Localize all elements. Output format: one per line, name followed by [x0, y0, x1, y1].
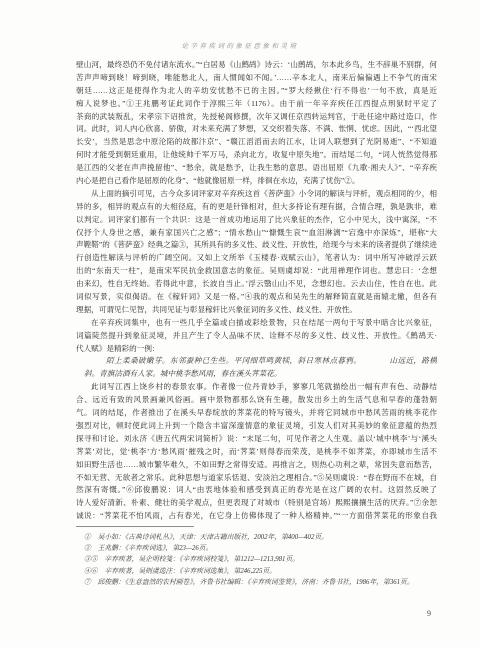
page-background: { "header": { "title": "论辛弃疾词的象征意象和灵境" }…	[0, 0, 480, 647]
text-line: 诚说：“荠菜花不怕风雨，占有春光，在它身上仿佛体现了一种人格精神。”“一方面借荠…	[76, 510, 437, 523]
text-line: 壁山河，最终恐仍不免付诸东流水。”“白居易《山鹧鸪》诗云：‘山鹧鸪，尔本此乡鸟，…	[76, 59, 437, 72]
text-line: 不如无营、无欲者之常乐。此种思想与道家乐恬退、安淡泊之理相合。”⑤吴则虞说：“春…	[76, 472, 437, 485]
footnote-line: ④⑥ 辛弃疾著，吴则虞选注：《辛弃疾词选集》，第246,225页。	[76, 566, 440, 577]
text-line: 出的“东南天一柱”，是南宋军民抗金救国意志的象征。吴则虞却说：“此用禅理作词也。…	[76, 265, 437, 278]
text-line: 理据，可谓见仁见智，共同见证与彰显稼轩比兴象征词的多义性、歧义性、开放性。	[76, 304, 437, 317]
text-line: 荠菜’对比，觉‘桃李’方‘愁风雨’摧残之时，而‘荠菜’则得春而荣茂，是桃李不如荠…	[76, 446, 437, 459]
footnote-line: ⑦ 邱俊鹏：《生意盎然的农村画卷》，齐鲁书社编辑：《辛弃疾词鉴赏》，济南：齐鲁书…	[76, 577, 440, 588]
text-line: 以判定。词评家们都有一个共识：这是一首成功地运用了比兴象征的杰作，它小中见大，浅…	[76, 214, 437, 227]
text-line: 内心是把自己看作是屈原的化身”、“他就像屈原一样，徘徊在水边，充满了忧伤”②。	[76, 175, 437, 188]
poem-block: 陌上柔桑破嫩芽。东邻蚕种已生些。平冈细草鸣黄犊，斜日寒林点暮鸦。 山远近，路横斜…	[76, 355, 437, 381]
footnote-line: ② 王兆鹏：《辛弃疾词选》，第23—26页。	[76, 543, 440, 554]
paragraph: 壁山河，最终恐仍不免付诸东流水。”“白居易《山鹧鸪》诗云：‘山鹧鸪，尔本此乡鸟，…	[76, 59, 437, 188]
text-line: 在辛弃疾词集中，也有一些几乎全篇或白描或彩绘景物，只在结尾一两句于写景中暗含比兴…	[76, 317, 437, 330]
text-line: 词似写景，实似偈语。在《稼轩词》又是一格。”④我的观点和吴先生的解释简直就是南辕…	[76, 291, 437, 304]
text-line: 仅抒个人身世之感，兼有家国兴亡之感”；“情水愁山”“慷慨生哀”“血泪淋漓”“宕逸…	[76, 227, 437, 240]
text-line: 由来幻，性自无终始。若得此中意，长波自当止。’浮云翳山山不见，念想幻也。云去山住…	[76, 278, 437, 291]
text-line: 痴人说梦也。”①王兆鹏考证此词作于淳熙三年（1176）。由于前一年辛弃疾任江西提…	[76, 98, 437, 111]
text-line: 此词写江西上饶乡村的春景农事。作者像一位丹青妙手，寥寥几笔就描绘出一幅有声有色、…	[76, 381, 437, 394]
scanned-page: 论辛弃疾词的象征意象和灵境 壁山河，最终恐仍不免付诸东流水。”“白居易《山鹧鸪》…	[0, 0, 480, 647]
text-line: 苦声声啼到晓！啼到晓，唯能愁北人，南人惯闻如不闻。’……辛本北人，南来后偏偏遇上…	[76, 72, 437, 85]
text-line: 是江西的父老在声声挽留他”、“愁余，就是愁予，让我生愁的意思。语出屈原《九歌·湘…	[76, 162, 437, 175]
text-line: 异的多，相异的观点有的大相径庭，有的更是针锋相对，但大多持论有理有据，合情合理，…	[76, 201, 437, 214]
text-line: 词。此时，词人内心欣喜、骄傲，对未来充满了梦想，又交织着失落、不满、怅惘、忧虑。…	[76, 123, 437, 136]
page-number: 9	[427, 609, 431, 618]
text-line: 诗人爱好清新、朴素、健壮的美学观点，但更表现了对城市（特别是官场）熙熙攘攘生活的…	[76, 497, 437, 510]
poem-line: 斜。青旗沽酒有人家。城中桃李愁风雨，春在溪头荠菜花。	[76, 368, 437, 381]
footnotes: ① 吴小如：《古典诗词札丛》，天津：天津古籍出版社，2002年，第400—402…	[76, 532, 440, 588]
text-line: 朝廷……这正是使得作为北人的辛幼安忧愁不已的主因。”“罗大经揪住‘行不得也’一句…	[76, 85, 437, 98]
text-line: 茶商的武装叛乱，宋孝宗下诏推赏，先授秘阁修撰，次年又调任京西转运判官，于赴任途中…	[76, 111, 437, 124]
footnote-separator	[76, 526, 194, 527]
footnote-line: ③⑤ 辛弃疾著，吴企明校笺：《辛弃疾词校笺》，第1212—1213,981页。	[76, 554, 440, 565]
text-line: 代人赋》是精彩的一例：	[76, 343, 437, 356]
running-header: 论辛弃疾词的象征意象和灵境	[0, 41, 480, 50]
text-line: 词篇陡然提升到象征灵境，并且产生了令人品味不厌、诠释不尽的多义性、歧义性、开放性…	[76, 330, 437, 343]
text-line: 从上面的摘引可见，古今众多词评家对辛弃疾这首《菩萨蛮》小令词的解读与评析，观点相…	[76, 188, 437, 201]
text-line: 然深有寄慨。”⑥邱俊鹏说：词人“由衷地体验和感受到真正的春光是在这广阔的农村。这…	[76, 484, 437, 497]
text-line: 如田野生活也……城市繁华难久，不如田野之常得安适。再推言之，则热心功利之辈，常因…	[76, 459, 437, 472]
poem-line: 陌上柔桑破嫩芽。东邻蚕种已生些。平冈细草鸣黄犊，斜日寒林点暮鸦。 山远近，路横	[76, 355, 437, 368]
paragraph: 从上面的摘引可见，古今众多词评家对辛弃疾这首《菩萨蛮》小令词的解读与评析，观点相…	[76, 188, 437, 317]
text-line: 强烈对比，顿时使此词上升到一个隐含丰富深邃情意的象征灵境，引发人们对其美妙的象征…	[76, 420, 437, 433]
paragraph: 在辛弃疾词集中，也有一些几乎全篇或白描或彩绘景物，只在结尾一两句于写景中暗含比兴…	[76, 317, 437, 356]
text-line: 行创造性解读与评析的广阔空间。又如上文所举《玉楼春·戏赋云山》，笔者认为：词中所…	[76, 252, 437, 265]
text-line: 探寻和讨论。刘永济《唐五代两宋词简析》说：“末尾二句，可见作者之人生观。盖以‘城…	[76, 433, 437, 446]
text-line: 何时才能受到朝廷重用，让他统帅千军万马，杀向北方，收复中原失地”。而结尾二句，“…	[76, 149, 437, 162]
footnote-line: ① 吴小如：《古典诗词札丛》，天津：天津古籍出版社，2002年，第400—402…	[76, 532, 440, 543]
text-line: 气。词的结尾，作者推出了在溪头早春绽放的荠菜花的特写镜头，并将它同城市中愁风苦雨…	[76, 407, 437, 420]
article-body: 壁山河，最终恐仍不免付诸东流水。”“白居易《山鹧鸪》诗云：‘山鹧鸪，尔本此乡鸟，…	[76, 59, 437, 523]
paragraph: 此词写江西上饶乡村的春景农事。作者像一位丹青妙手，寥寥几笔就描绘出一幅有声有色、…	[76, 381, 437, 523]
text-line: 合、远近有致的风景画兼风俗画。画中景物都那么饶有生趣，散发出乡土的生活气息和早春…	[76, 394, 437, 407]
text-line: 声鞺鞳”的《菩萨蛮》经典之篇③，其所具有的多义性、歧义性、开放性，给现今与未来的…	[76, 239, 437, 252]
text-line: 长安’，当然是思念中原沦陷的故都汴京”、“赣江滔滔而去的江水，让词人联想到了光阴…	[76, 136, 437, 149]
